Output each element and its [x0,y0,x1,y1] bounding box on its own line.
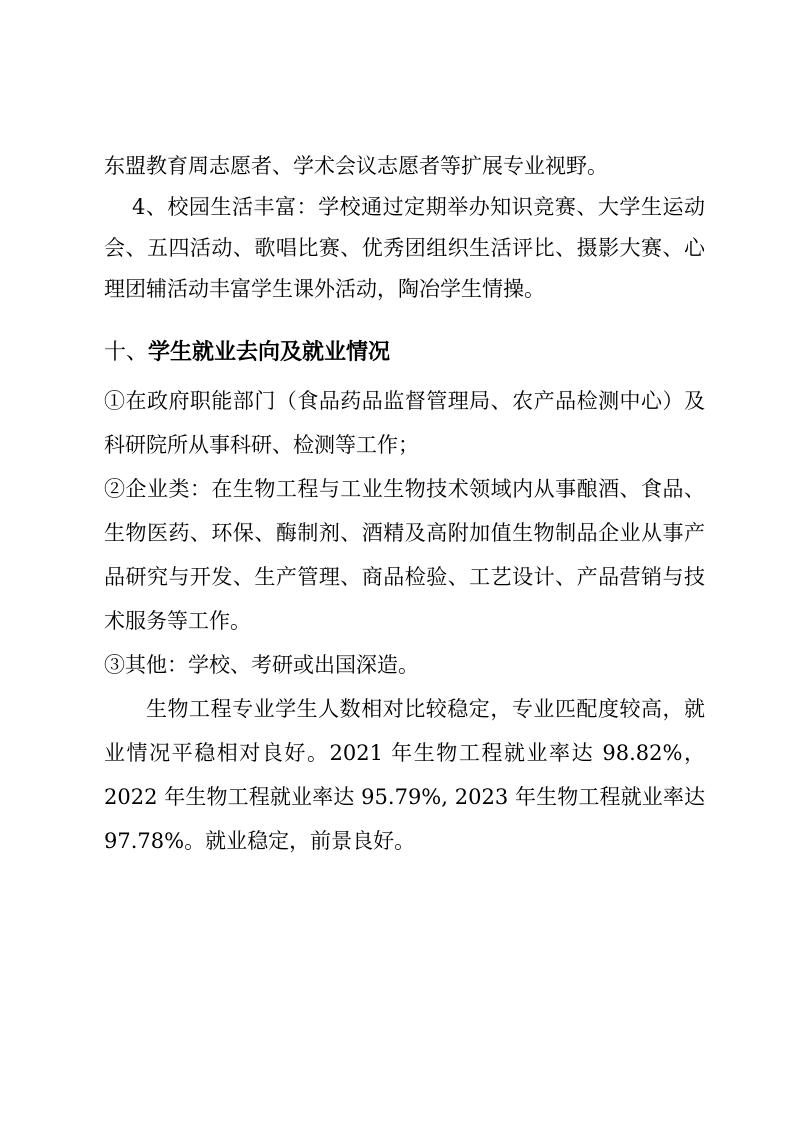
section-heading-number: 十、 [104,339,148,364]
employment-item-other: ③其他：学校、考研或出国深造。 [104,643,705,687]
document-page: 东盟教育周志愿者、学术会议志愿者等扩展专业视野。 4、校园生活丰富：学校通过定期… [0,0,793,1122]
section-heading-title: 学生就业去向及就业情况 [148,339,390,364]
section-heading: 十、学生就业去向及就业情况 [104,337,705,367]
paragraph-volunteer-tail: 东盟教育周志愿者、学术会议志愿者等扩展专业视野。 [104,146,705,187]
employment-item-government: ①在政府职能部门（食品药品监督管理局、农产品检测中心）及科研院所从事科研、检测等… [104,379,705,467]
paragraph-employment-rates: 生物工程专业学生人数相对比较稳定，专业匹配度较高，就业情况平稳相对良好。2021… [104,687,705,863]
employment-item-enterprise: ②企业类：在生物工程与工业生物技术领域内从事酿酒、食品、生物医药、环保、酶制剂、… [104,467,705,643]
paragraph-campus-life: 4、校园生活丰富：学校通过定期举办知识竞赛、大学生运动会、五四活动、歌唱比赛、优… [104,187,705,310]
page-content: 东盟教育周志愿者、学术会议志愿者等扩展专业视野。 4、校园生活丰富：学校通过定期… [104,146,705,863]
